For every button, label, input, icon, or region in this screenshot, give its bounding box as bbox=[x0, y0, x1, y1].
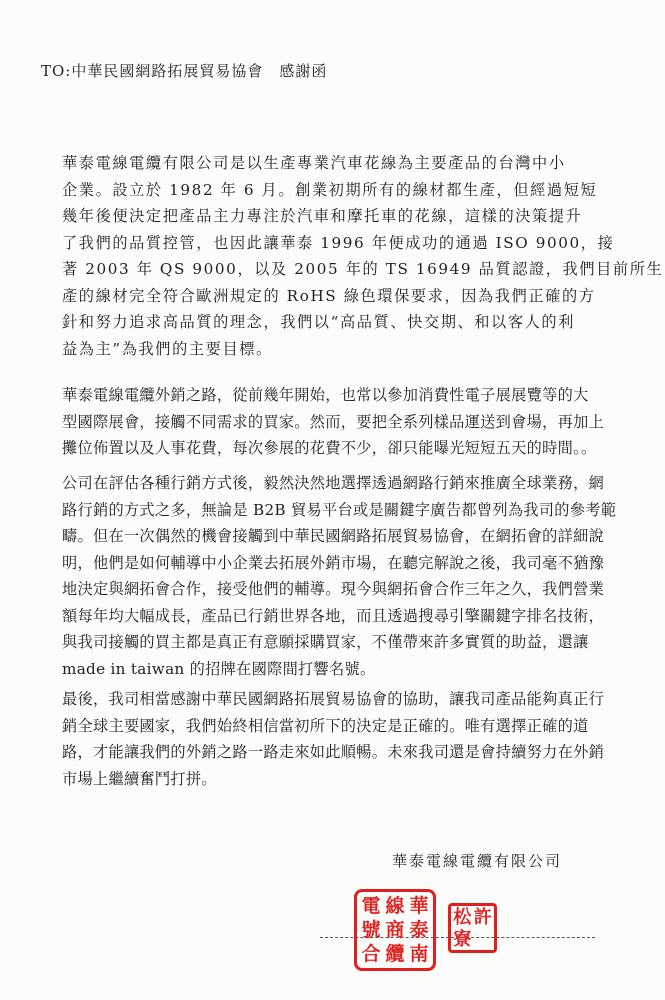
paragraph-closing: 最後，我司相當感謝中華民國網路拓展貿易協會的協助，讓我司產品能夠真正行 銷全球主… bbox=[62, 686, 628, 792]
text-line: 路行銷的方式之多，無論是 B2B 貿易平台或是關鍵字廣告都曾列為我司的參考範 bbox=[62, 497, 628, 524]
personal-seal-stamp: 許 松 寮 bbox=[448, 903, 497, 953]
signature-company-name: 華泰電線電纜有限公司 bbox=[392, 850, 562, 871]
text-line: 攤位佈置以及人事花費，每次參展的花費不少，卻只能曝光短短五天的時間。。 bbox=[62, 435, 628, 462]
seal-char: 商 bbox=[383, 918, 407, 942]
text-line: 針和努力追求高品質的理念，我們以“高品質、快交期、和以客人的利 bbox=[62, 309, 628, 336]
text-line: 地決定與網拓會合作，接受他們的輔導。現今與網拓會合作三年之久，我們營業 bbox=[62, 576, 628, 603]
text-line: made in taiwan 的招牌在國際間打響名號。 bbox=[62, 656, 628, 683]
text-line: 疇。但在一次偶然的機會接觸到中華民國網路拓展貿易協會，在網拓會的詳細說 bbox=[62, 523, 628, 550]
text-line: 華泰電線電纜外銷之路，從前幾年開始，也常以參加消費性電子展展覽等的大 bbox=[62, 382, 628, 409]
letter-heading: TO:中華民國網路拓展貿易協會 感謝函 bbox=[41, 60, 327, 81]
paragraph-export-history: 華泰電線電纜外銷之路，從前幾年開始，也常以參加消費性電子展展覽等的大 型國際展會… bbox=[62, 382, 628, 462]
seal-char: 松 bbox=[452, 907, 473, 929]
seal-char: 泰 bbox=[407, 918, 431, 942]
seal-char: 電 bbox=[359, 894, 383, 918]
company-seal-stamp: 華 泰 南 線 商 纜 電 號 合 bbox=[354, 889, 436, 971]
text-line: 華泰電線電纜有限公司是以生產專業汽車花線為主要產品的台灣中小 bbox=[62, 150, 628, 177]
text-line: 型國際展會，接觸不同需求的買家。然而，要把全系列樣品運送到會場，再加上 bbox=[62, 409, 628, 436]
text-line: 企業。設立於 1982 年 6 月。創業初期所有的線材都生產，但經過短短 bbox=[62, 177, 628, 204]
paragraph-company-intro: 華泰電線電纜有限公司是以生產專業汽車花線為主要產品的台灣中小 企業。設立於 19… bbox=[62, 150, 628, 362]
text-line: 了我們的品質控管，也因此讓華泰 1996 年便成功的通過 ISO 9000，接 bbox=[62, 230, 628, 257]
text-line: 產的線材完全符合歐洲規定的 RoHS 綠色環保要求，因為我們正確的方 bbox=[62, 283, 628, 310]
paragraph-online-marketing: 公司在評估各種行銷方式後，毅然決然地選擇透過網路行銷來推廣全球業務，網 路行銷的… bbox=[62, 470, 628, 682]
text-line: 銷全球主要國家，我們始終相信當初所下的決定是正確的。唯有選擇正確的道 bbox=[62, 713, 628, 740]
text-line: 幾年後便決定把產品主力專注於汽車和摩托車的花線，這樣的決策提升 bbox=[62, 203, 628, 230]
text-line: 明，他們是如何輔導中小企業去拓展外銷市場，在聽完解說之後，我司毫不猶豫 bbox=[62, 550, 628, 577]
text-line: 市場上繼續奮鬥打拼。 bbox=[62, 766, 628, 793]
seal-char: 許 bbox=[473, 907, 494, 929]
text-line: 與我司接觸的買主都是真正有意願採購買家，不僅帶來許多實質的助益，還讓 bbox=[62, 629, 628, 656]
seal-char: 合 bbox=[359, 942, 383, 966]
text-line: 益為主”為我們的主要目標。 bbox=[62, 336, 628, 363]
seal-char: 南 bbox=[407, 942, 431, 966]
seal-char: 號 bbox=[359, 918, 383, 942]
seal-char bbox=[473, 929, 494, 951]
seal-char: 線 bbox=[383, 894, 407, 918]
text-line: 最後，我司相當感謝中華民國網路拓展貿易協會的協助，讓我司產品能夠真正行 bbox=[62, 686, 628, 713]
seal-char: 寮 bbox=[452, 929, 473, 951]
seal-char: 纜 bbox=[383, 942, 407, 966]
text-line: 路，才能讓我們的外銷之路一路走來如此順暢。未來我司還是會持續努力在外銷 bbox=[62, 739, 628, 766]
text-line: 著 2003 年 QS 9000，以及 2005 年的 TS 16949 品質認… bbox=[62, 256, 628, 283]
text-line: 公司在評估各種行銷方式後，毅然決然地選擇透過網路行銷來推廣全球業務，網 bbox=[62, 470, 628, 497]
seal-char: 華 bbox=[407, 894, 431, 918]
text-line: 額每年均大幅成長，產品已行銷世界各地，而且透過搜尋引擎關鍵字排名技術， bbox=[62, 603, 628, 630]
